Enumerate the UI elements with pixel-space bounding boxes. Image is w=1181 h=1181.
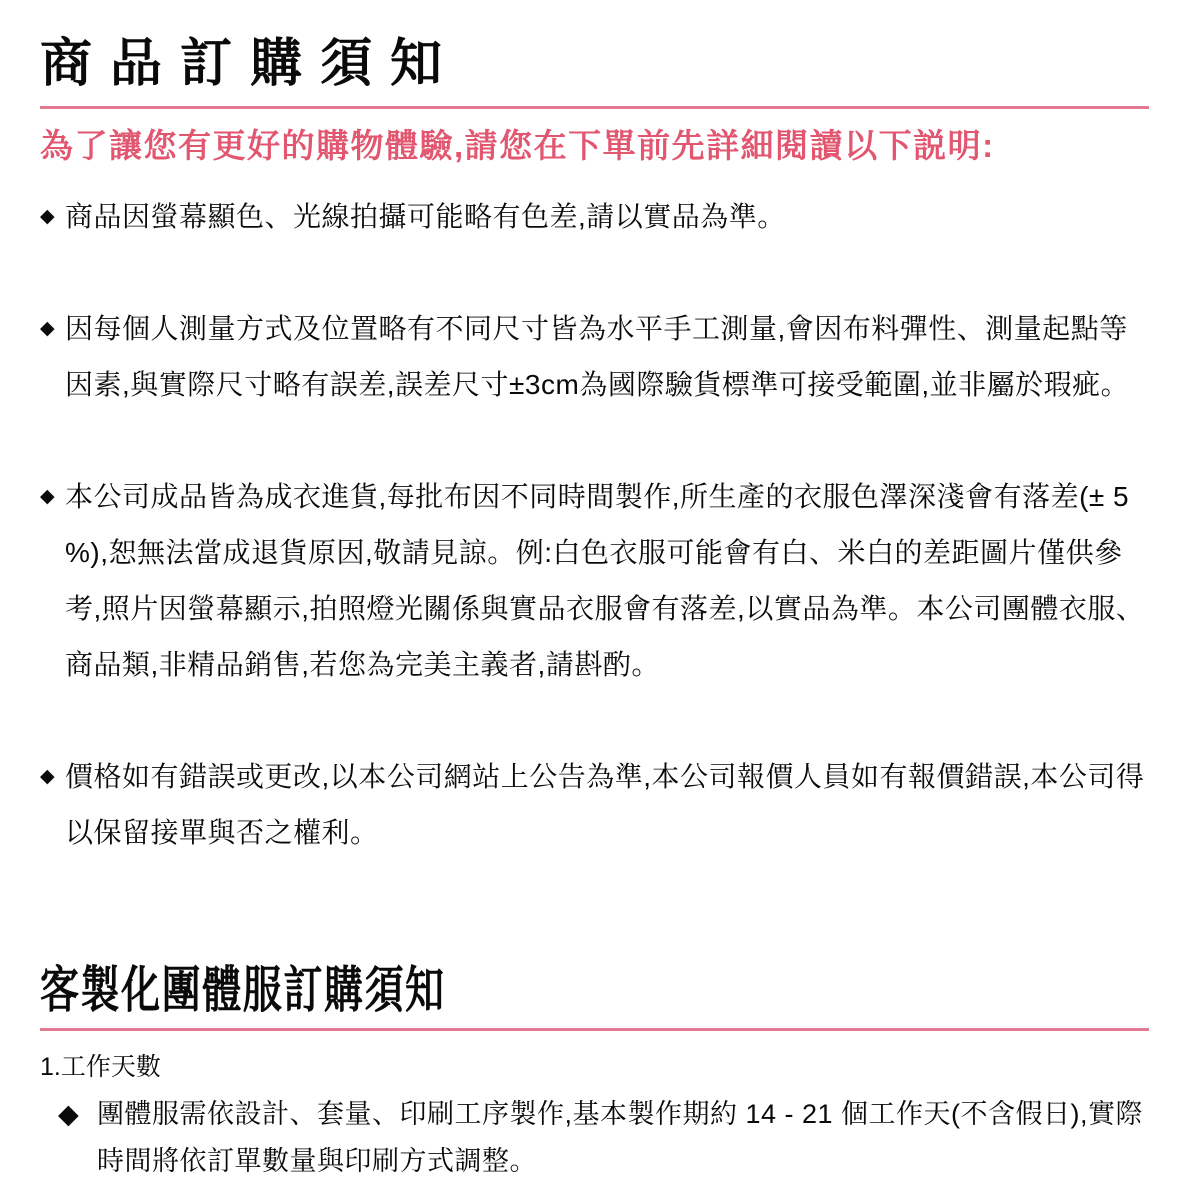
- notice-item-text: 因每個人測量方式及位置略有不同尺寸皆為水平手工測量,會因布料彈性、測量起點等因素…: [65, 301, 1149, 413]
- notice-page: 商品訂購須知 為了讓您有更好的購物體驗,請您在下單前先詳細閱讀以下説明: ◆ 商…: [0, 0, 1181, 1181]
- notice-item-text: 商品因螢幕顯色、光線拍攝可能略有色差,請以實品為準。: [65, 189, 1149, 245]
- diamond-bullet-icon: ◆: [58, 1091, 97, 1181]
- diamond-bullet-icon: ◆: [40, 301, 65, 413]
- notice-item: ◆ 本公司成品皆為成衣進貨,每批布因不同時間製作,所生產的衣服色澤深淺會有落差(…: [40, 469, 1149, 693]
- section-custom-teamwear-notice: 客製化團體服訂購須知 1.工作天數 ◆ 團體服需依設計、套量、印刷工序製作,基本…: [40, 965, 1149, 1181]
- intro-text: 為了讓您有更好的購物體驗,請您在下單前先詳細閱讀以下説明:: [40, 126, 1149, 166]
- section-divider: [40, 1028, 1149, 1031]
- notice-list: ◆ 商品因螢幕顯色、光線拍攝可能略有色差,請以實品為準。 ◆ 因每個人測量方式及…: [40, 189, 1149, 861]
- notice-item: ◆ 價格如有錯誤或更改,以本公司網站上公告為準,本公司報價人員如有報價錯誤,本公…: [40, 749, 1149, 861]
- diamond-bullet-icon: ◆: [40, 749, 65, 861]
- notice-item: ◆ 因每個人測量方式及位置略有不同尺寸皆為水平手工測量,會因布料彈性、測量起點等…: [40, 301, 1149, 413]
- page-title: 商品訂購須知: [40, 38, 1149, 90]
- notice-item: ◆ 團體服需依設計、套量、印刷工序製作,基本製作期約 14 - 21 個工作天(…: [58, 1091, 1149, 1181]
- diamond-bullet-icon: ◆: [40, 189, 65, 245]
- custom-notice-list: ◆ 團體服需依設計、套量、印刷工序製作,基本製作期約 14 - 21 個工作天(…: [40, 1091, 1149, 1181]
- notice-item-text: 團體服需依設計、套量、印刷工序製作,基本製作期約 14 - 21 個工作天(不含…: [97, 1091, 1149, 1181]
- subsection-label-workdays: 1.工作天數: [40, 1052, 1149, 1082]
- custom-section-title: 客製化團體服訂購須知: [40, 965, 905, 1015]
- notice-item-text: 本公司成品皆為成衣進貨,每批布因不同時間製作,所生產的衣服色澤深淺會有落差(± …: [65, 469, 1149, 693]
- notice-item: ◆ 商品因螢幕顯色、光線拍攝可能略有色差,請以實品為準。: [40, 189, 1149, 245]
- diamond-bullet-icon: ◆: [40, 469, 65, 693]
- section-divider: [40, 106, 1149, 109]
- section-product-notice: 商品訂購須知 為了讓您有更好的購物體驗,請您在下單前先詳細閱讀以下説明: ◆ 商…: [40, 38, 1149, 861]
- notice-item-text: 價格如有錯誤或更改,以本公司網站上公告為準,本公司報價人員如有報價錯誤,本公司得…: [65, 749, 1149, 861]
